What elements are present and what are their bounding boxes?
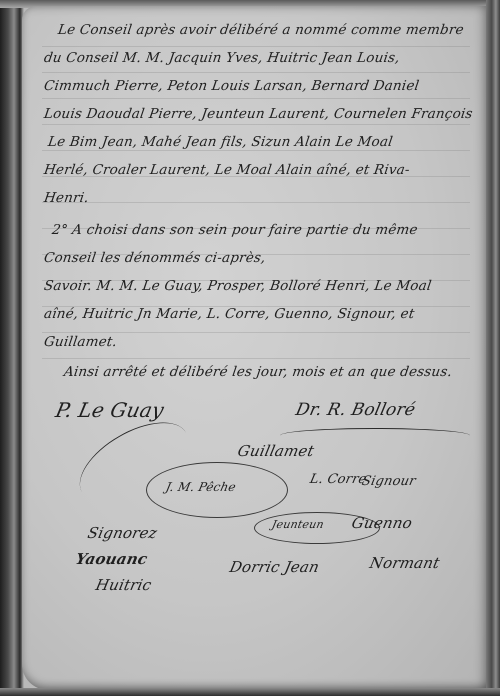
ruled-line [42, 202, 470, 203]
body-line: Savoir. M. M. Le Guay, Prosper, Bolloré … [43, 278, 433, 294]
document-photo: Le Conseil après avoir délibéré a nommé … [0, 0, 500, 696]
body-line: Cimmuch Pierre, Peton Louis Larsan, Bern… [43, 78, 420, 94]
signature: Guenno [350, 514, 414, 532]
body-line: Conseil les dénommés ci-après, [43, 250, 267, 266]
body-line: Ainsi arrêté et délibéré les jour, mois … [63, 364, 453, 380]
ruled-line [42, 98, 470, 99]
ruled-line [42, 358, 470, 359]
body-line: Guillamet. [43, 334, 118, 350]
ruled-line [42, 72, 470, 73]
ruled-line [42, 124, 470, 125]
signature: Dorric Jean [228, 558, 321, 576]
body-line: du Conseil M. M. Jacquin Yves, Huitric J… [43, 50, 401, 66]
signature: Signorez [86, 524, 159, 542]
signature: Guillamet [236, 442, 316, 460]
signature: Jeunteun [271, 518, 326, 531]
signature: Dr. R. Bolloré [294, 400, 417, 420]
body-line: Le Bim Jean, Mahé Jean fils, Sizun Alain… [47, 134, 394, 150]
body-line: aîné, Huitric Jn Marie, L. Corre, Guenno… [43, 306, 416, 322]
book-bottom-edge [0, 688, 500, 696]
body-line: Louis Daoudal Pierre, Jeunteun Laurent, … [43, 106, 474, 122]
body-line: Henri. [43, 190, 90, 206]
signature: Yaouanc [74, 550, 149, 568]
ruled-line [42, 46, 470, 47]
signature-flourish [280, 428, 470, 443]
signature: P. Le Guay [53, 398, 166, 422]
book-right-edge [486, 0, 500, 696]
ruled-line [42, 332, 470, 333]
body-line: 2° A choisi dans son sein pour faire par… [51, 222, 419, 238]
body-line: Herlé, Croaler Laurent, Le Moal Alain aî… [43, 162, 411, 178]
signature: J. M. Pêche [165, 480, 238, 494]
ruled-line [42, 150, 470, 151]
signature: L. Corre [308, 472, 368, 487]
signature: Huitric [94, 576, 153, 594]
signature: Signour [360, 474, 417, 489]
signature: Normant [368, 554, 441, 572]
body-line: Le Conseil après avoir délibéré a nommé … [57, 22, 465, 38]
